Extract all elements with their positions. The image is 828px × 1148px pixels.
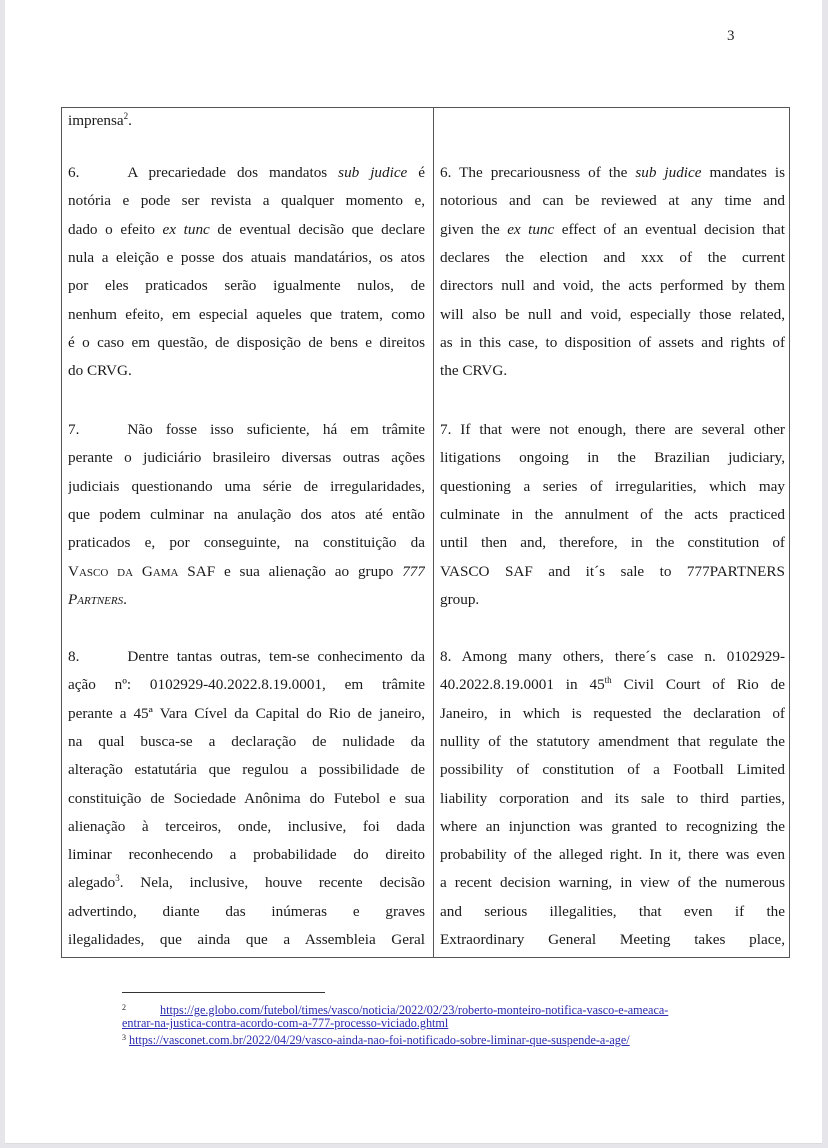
paragraph-p6-en-line: declares the election and xxx of the cur… xyxy=(440,248,785,268)
paragraph-p8-en-line: 8. Among many others, there´s case n. 01… xyxy=(440,647,785,667)
paragraph-p6-line: por eles praticados serão igualmente nul… xyxy=(68,276,425,296)
footnote-separator xyxy=(122,992,325,993)
paragraph-p8-en-line: nullity of the statutory amendment that … xyxy=(440,732,785,752)
footnote-3-link[interactable]: https://vasconet.com.br/2022/04/29/vasco… xyxy=(129,1033,630,1047)
paragraph-p7-line: 7.Não fosse isso suficiente, há em trâmi… xyxy=(68,420,425,440)
paragraph-p6-line: notória e pode ser revista a qualquer mo… xyxy=(68,191,425,211)
paragraph-p8-line: perante a 45ª Vara Cível da Capital do R… xyxy=(68,704,425,724)
footnote-2-link-continued[interactable]: entrar-na-justica-contra-acordo-com-a-77… xyxy=(122,1016,448,1030)
footnote-3: 3 https://vasconet.com.br/2022/04/29/vas… xyxy=(122,1031,630,1047)
footnote-number: 3 xyxy=(122,1033,126,1042)
english-column: 6. The precariousness of the sub judice … xyxy=(440,108,785,957)
paragraph-p8-line: alteração estatutária que regulou a poss… xyxy=(68,760,425,780)
paragraph-p7-en-line: group. xyxy=(440,590,785,610)
paragraph-p8-line: alienação à terceiros, onde, inclusive, … xyxy=(68,817,425,837)
page-number: 3 xyxy=(727,28,735,45)
paragraph-p8-en-line: a recent decision warning, in view of th… xyxy=(440,873,785,893)
paragraph-p8-en-line: Janeiro, in which is requested the decla… xyxy=(440,704,785,724)
paragraph-p8-line: ação nº: 0102929-40.2022.8.19.0001, em t… xyxy=(68,675,425,695)
paragraph-p6-en-line: will also be null and void, especially t… xyxy=(440,305,785,325)
paragraph-p6-en-line: given the ex tunc effect of an eventual … xyxy=(440,220,785,240)
paragraph-p8-line: advertindo, diante das inúmeras e graves xyxy=(68,902,425,922)
paragraph-p6-line: nula a eleição e posse dos atuais mandat… xyxy=(68,248,425,268)
paragraph-p7-line: Vasco da Gama SAF e sua alienação ao gru… xyxy=(68,562,425,582)
paragraph-p8-line: constituição de Sociedade Anônima do Fut… xyxy=(68,789,425,809)
bilingual-table: imprensa2.6.A precariedade dos mandatos … xyxy=(61,107,790,958)
paragraph-p6-en-line: directors null and void, the acts perfor… xyxy=(440,276,785,296)
paragraph-p7-line: judiciais questionando uma série de irre… xyxy=(68,477,425,497)
paragraph-p7-en-line: culminate in the annulment of the acts p… xyxy=(440,505,785,525)
paragraph-p8-line: 8.Dentre tantas outras, tem-se conhecime… xyxy=(68,647,425,667)
footnote-2-continued: entrar-na-justica-contra-acordo-com-a-77… xyxy=(122,1016,448,1030)
paragraph-p8-en-line: 40.2022.8.19.0001 in 45th Civil Court of… xyxy=(440,675,785,695)
paragraph-p8-en-line: Extraordinary General Meeting takes plac… xyxy=(440,930,785,950)
paragraph-p6-line: dado o efeito ex tunc de eventual decisã… xyxy=(68,220,425,240)
paragraph-p7-en-line: litigations ongoing in the Brazilian jud… xyxy=(440,448,785,468)
paragraph-p6-en-line: 6. The precariousness of the sub judice … xyxy=(440,163,785,183)
paragraph-p7-en-line: 7. If that were not enough, there are se… xyxy=(440,420,785,440)
paragraph-p6-line: é o caso em questão, de disposição de be… xyxy=(68,333,425,353)
paragraph-p6-en-line: notorious and can be reviewed at any tim… xyxy=(440,191,785,211)
paragraph-p7-en-line: VASCO SAF and it´s sale to 777PARTNERS xyxy=(440,562,785,582)
paragraph-p6-line: do CRVG. xyxy=(68,361,425,381)
paragraph-p7-line: Partners. xyxy=(68,590,425,610)
portuguese-column: imprensa2.6.A precariedade dos mandatos … xyxy=(68,108,425,957)
paragraph-p8-line: na qual busca-se a declaração de nulidad… xyxy=(68,732,425,752)
paragraph-p8-line: liminar reconhecendo a probabilidade do … xyxy=(68,845,425,865)
paragraph-p6-line: 6.A precariedade dos mandatos sub judice… xyxy=(68,163,425,183)
paragraph-p8-line: ilegalidades, que ainda que a Assembleia… xyxy=(68,930,425,950)
paragraph-p6-en-line: as in this case, to disposition of asset… xyxy=(440,333,785,353)
paragraph-p8-en-line: possibility of constitution of a Footbal… xyxy=(440,760,785,780)
footnote-2: 2https://ge.globo.com/futebol/times/vasc… xyxy=(122,1001,668,1017)
paragraph-p6-line: nenhum efeito, em especial aqueles que t… xyxy=(68,305,425,325)
paragraph-p5-tail-line: imprensa2. xyxy=(68,111,425,131)
footnote-number: 2 xyxy=(122,1003,126,1012)
paragraph-p8-en-line: probability of the alleged right. In it,… xyxy=(440,845,785,865)
paragraph-p7-en-line: questioning a series of irregularities, … xyxy=(440,477,785,497)
paragraph-p7-line: praticados e, por conseguinte, na consti… xyxy=(68,533,425,553)
paragraph-p8-en-line: liability corporation and its sale to th… xyxy=(440,789,785,809)
paragraph-p7-line: perante o judiciário brasileiro diversas… xyxy=(68,448,425,468)
paragraph-p7-line: que podem culminar na anulação dos atos … xyxy=(68,505,425,525)
paragraph-p7-en-line: until then and, therefore, in the consti… xyxy=(440,533,785,553)
paragraph-p6-en-line: the CRVG. xyxy=(440,361,785,381)
column-divider xyxy=(433,108,434,957)
footnote-2-link[interactable]: https://ge.globo.com/futebol/times/vasco… xyxy=(160,1003,668,1017)
document-page: 3 imprensa2.6.A precariedade dos mandato… xyxy=(5,0,822,1144)
paragraph-p8-en-line: where an injunction was granted to recog… xyxy=(440,817,785,837)
paragraph-p8-en-line: and serious illegalities, that even if t… xyxy=(440,902,785,922)
paragraph-p8-line: alegado3. Nela, inclusive, houve recente… xyxy=(68,873,425,893)
